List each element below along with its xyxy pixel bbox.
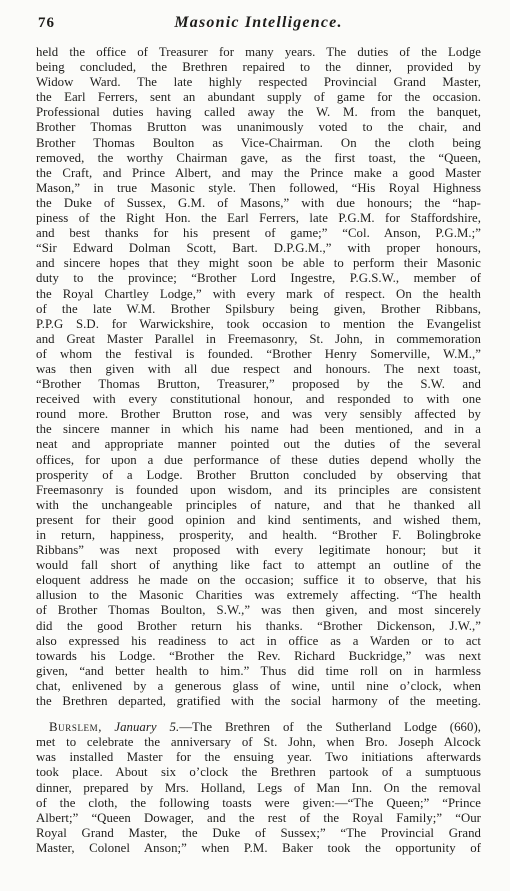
text-line: the Brethren departed, gratified with th… bbox=[36, 694, 481, 709]
text-line: the sincere manner in which his name had… bbox=[36, 422, 481, 437]
text-line: Royal Grand Master, the Duke of Sussex;”… bbox=[36, 826, 481, 841]
text-line: P.P.G S.D. for Warwickshire, took occasi… bbox=[36, 317, 481, 332]
running-title: Masonic Intelligence. bbox=[36, 14, 481, 32]
text-line: prosperity of a Lodge. Brother Brutton c… bbox=[36, 468, 481, 483]
text-line: was installed Master for the ensuing yea… bbox=[36, 750, 481, 765]
text-line: being concluded, the Brethren repaired t… bbox=[36, 60, 481, 75]
text-line: met to celebrate the anniversary of St. … bbox=[36, 735, 481, 750]
text-line: Widow Ward. The late highly respected Pr… bbox=[36, 75, 481, 90]
text-line: Freemasonry is founded upon wisdom, and … bbox=[36, 483, 481, 498]
text-line: offices, for upon a due performance of t… bbox=[36, 453, 481, 468]
paragraph-first: held the office of Treasurer for many ye… bbox=[36, 45, 481, 709]
meeting-date: January 5. bbox=[114, 720, 179, 734]
text-line: removed, the worthy Chairman gave, as th… bbox=[36, 151, 481, 166]
text-line: eloquent address he made on the occasion… bbox=[36, 573, 481, 588]
text-line: of the late W.M. Brother Spilsbury being… bbox=[36, 302, 481, 317]
paragraph-burslem: Burslem, January 5.—The Brethren of the … bbox=[36, 720, 481, 856]
text-line: received with every constitutional honou… bbox=[36, 392, 481, 407]
text-line: and Great Master Parallel in Freemasonry… bbox=[36, 332, 481, 347]
text-line: given, “and better health to him.” Thus … bbox=[36, 664, 481, 679]
text-line: Mason,” in true Masonic style. Then foll… bbox=[36, 181, 481, 196]
text-line: allusion to the Masonic Charities was ex… bbox=[36, 588, 481, 603]
text-line: the Earl Ferrers, sent an abundant suppl… bbox=[36, 90, 481, 105]
text-line: round more. Brother Brutton rose, and wa… bbox=[36, 407, 481, 422]
text-line: held the office of Treasurer for many ye… bbox=[36, 45, 481, 60]
text-line: the Royal Chartley Lodge,” with every ma… bbox=[36, 287, 481, 302]
text-line: also expressed his readiness to act in o… bbox=[36, 634, 481, 649]
page-header: 76 Masonic Intelligence. bbox=[36, 12, 481, 34]
text-line: was then given with all due respect and … bbox=[36, 362, 481, 377]
text-line: did the good Brother return his thanks. … bbox=[36, 619, 481, 634]
text-line: chat, enlivened by a generous glass of w… bbox=[36, 679, 481, 694]
text-line: “Sir Edward Dolman Scott, Bart. D.P.G.M.… bbox=[36, 241, 481, 256]
article-text: held the office of Treasurer for many ye… bbox=[36, 45, 481, 856]
text-line: Master, Colonel Anson;” when P.M. Baker … bbox=[36, 841, 481, 856]
text-line: Ribbans” was next proposed with every le… bbox=[36, 543, 481, 558]
text-line: the Duke of Sussex, G.M. of Masons,” wit… bbox=[36, 196, 481, 211]
text-line: Albert;” “Queen Dowager, and the rest of… bbox=[36, 811, 481, 826]
text-line: with the unchangeable principles of natu… bbox=[36, 498, 481, 513]
text-line: Burslem, January 5.—The Brethren of the … bbox=[36, 720, 481, 735]
text-line: Brother Thomas Boulton as Vice-Chairman.… bbox=[36, 136, 481, 151]
text-line: dinner, prepared by Mrs. Holland, Legs o… bbox=[36, 781, 481, 796]
text-line: in return, happiness, prosperity, and he… bbox=[36, 528, 481, 543]
text-line: of Brother Thomas Boulton, S.W.,” was th… bbox=[36, 603, 481, 618]
paragraph-burslem-rest: met to celebrate the anniversary of St. … bbox=[36, 735, 481, 856]
text-line: present for their good opinion and kind … bbox=[36, 513, 481, 528]
text-line: duty to the province; “Brother Lord Inge… bbox=[36, 271, 481, 286]
text-line: neat and appropriate manner pointed out … bbox=[36, 437, 481, 452]
text-line: and sincere hopes that they might soon b… bbox=[36, 256, 481, 271]
text-line: would fall short of anything like fact t… bbox=[36, 558, 481, 573]
text-line: “Brother Thomas Brutton, Treasurer,” pro… bbox=[36, 377, 481, 392]
text-line: took place. About six o’clock the Brethr… bbox=[36, 765, 481, 780]
book-page: 76 Masonic Intelligence. held the office… bbox=[0, 0, 510, 891]
text-line: of whom the festival is founded. “Brothe… bbox=[36, 347, 481, 362]
text-line: of the cloth, the following toasts were … bbox=[36, 796, 481, 811]
text-line: Brother Thomas Brutton was unanimously v… bbox=[36, 120, 481, 135]
text-line: Professional duties having called away t… bbox=[36, 105, 481, 120]
text-line: piness of the Right Hon. the Earl Ferrer… bbox=[36, 211, 481, 226]
lead-separator: , bbox=[98, 720, 114, 734]
text-line: the Craft, and Prince Albert, and may th… bbox=[36, 166, 481, 181]
text-line: and best thanks for his present of game;… bbox=[36, 226, 481, 241]
lodge-location: Burslem bbox=[49, 720, 98, 734]
lead-rest: —The Brethren of the Sutherland Lodge (6… bbox=[179, 720, 481, 734]
text-line: towards his Lodge. “Brother the Rev. Ric… bbox=[36, 649, 481, 664]
